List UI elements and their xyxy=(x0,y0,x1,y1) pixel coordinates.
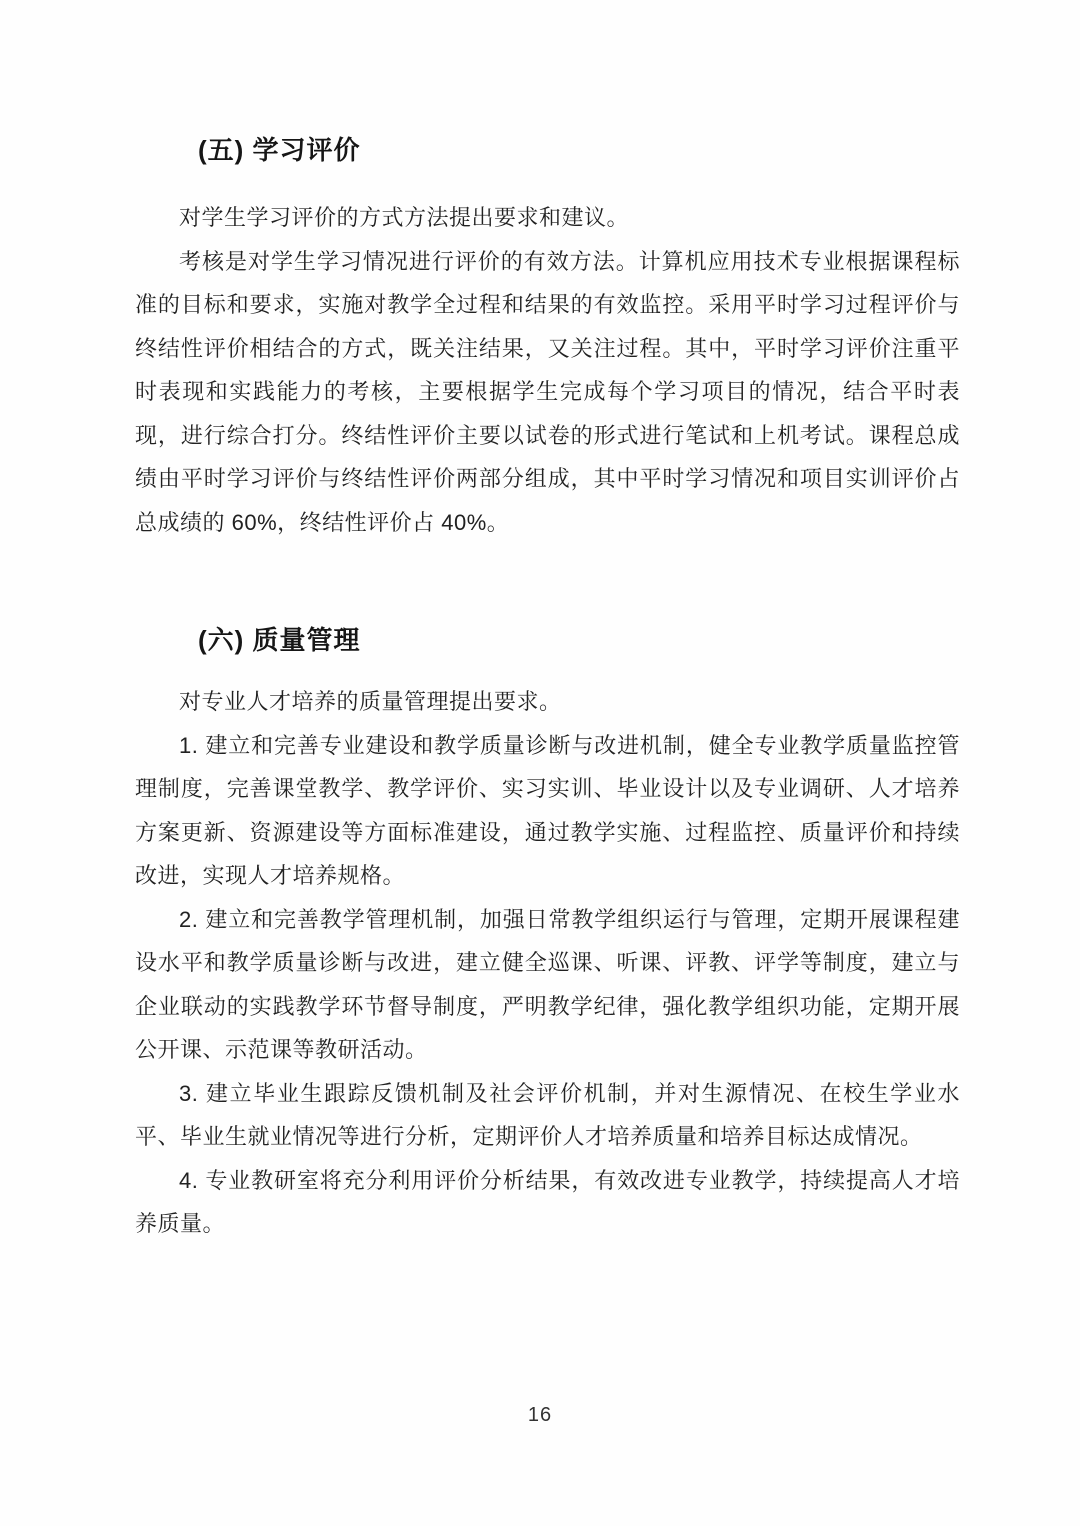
paragraph-learning-evaluation-intro: 对学生学习评价的方式方法提出要求和建议。 xyxy=(135,196,960,240)
paragraph-quality-item-2: 2. 建立和完善教学管理机制，加强日常教学组织运行与管理，定期开展课程建设水平和… xyxy=(135,898,960,1072)
paragraph-quality-item-1: 1. 建立和完善专业建设和教学质量诊断与改进机制，健全专业教学质量监控管理制度，… xyxy=(135,724,960,898)
section-heading-quality-management: (六) 质量管理 xyxy=(135,620,960,660)
paragraph-learning-evaluation-body: 考核是对学生学习情况进行评价的有效方法。计算机应用技术专业根据课程标准的目标和要… xyxy=(135,240,960,545)
page-number: 16 xyxy=(0,1401,1080,1429)
section-heading-learning-evaluation: (五) 学习评价 xyxy=(135,130,960,170)
document-page: (五) 学习评价 对学生学习评价的方式方法提出要求和建议。 考核是对学生学习情况… xyxy=(0,0,1080,1526)
paragraph-quality-management-intro: 对专业人才培养的质量管理提出要求。 xyxy=(135,680,960,724)
paragraph-quality-item-3: 3. 建立毕业生跟踪反馈机制及社会评价机制，并对生源情况、在校生学业水平、毕业生… xyxy=(135,1072,960,1159)
paragraph-quality-item-4: 4. 专业教研室将充分利用评价分析结果，有效改进专业教学，持续提高人才培养质量。 xyxy=(135,1159,960,1246)
page-content: (五) 学习评价 对学生学习评价的方式方法提出要求和建议。 考核是对学生学习情况… xyxy=(135,130,960,1246)
